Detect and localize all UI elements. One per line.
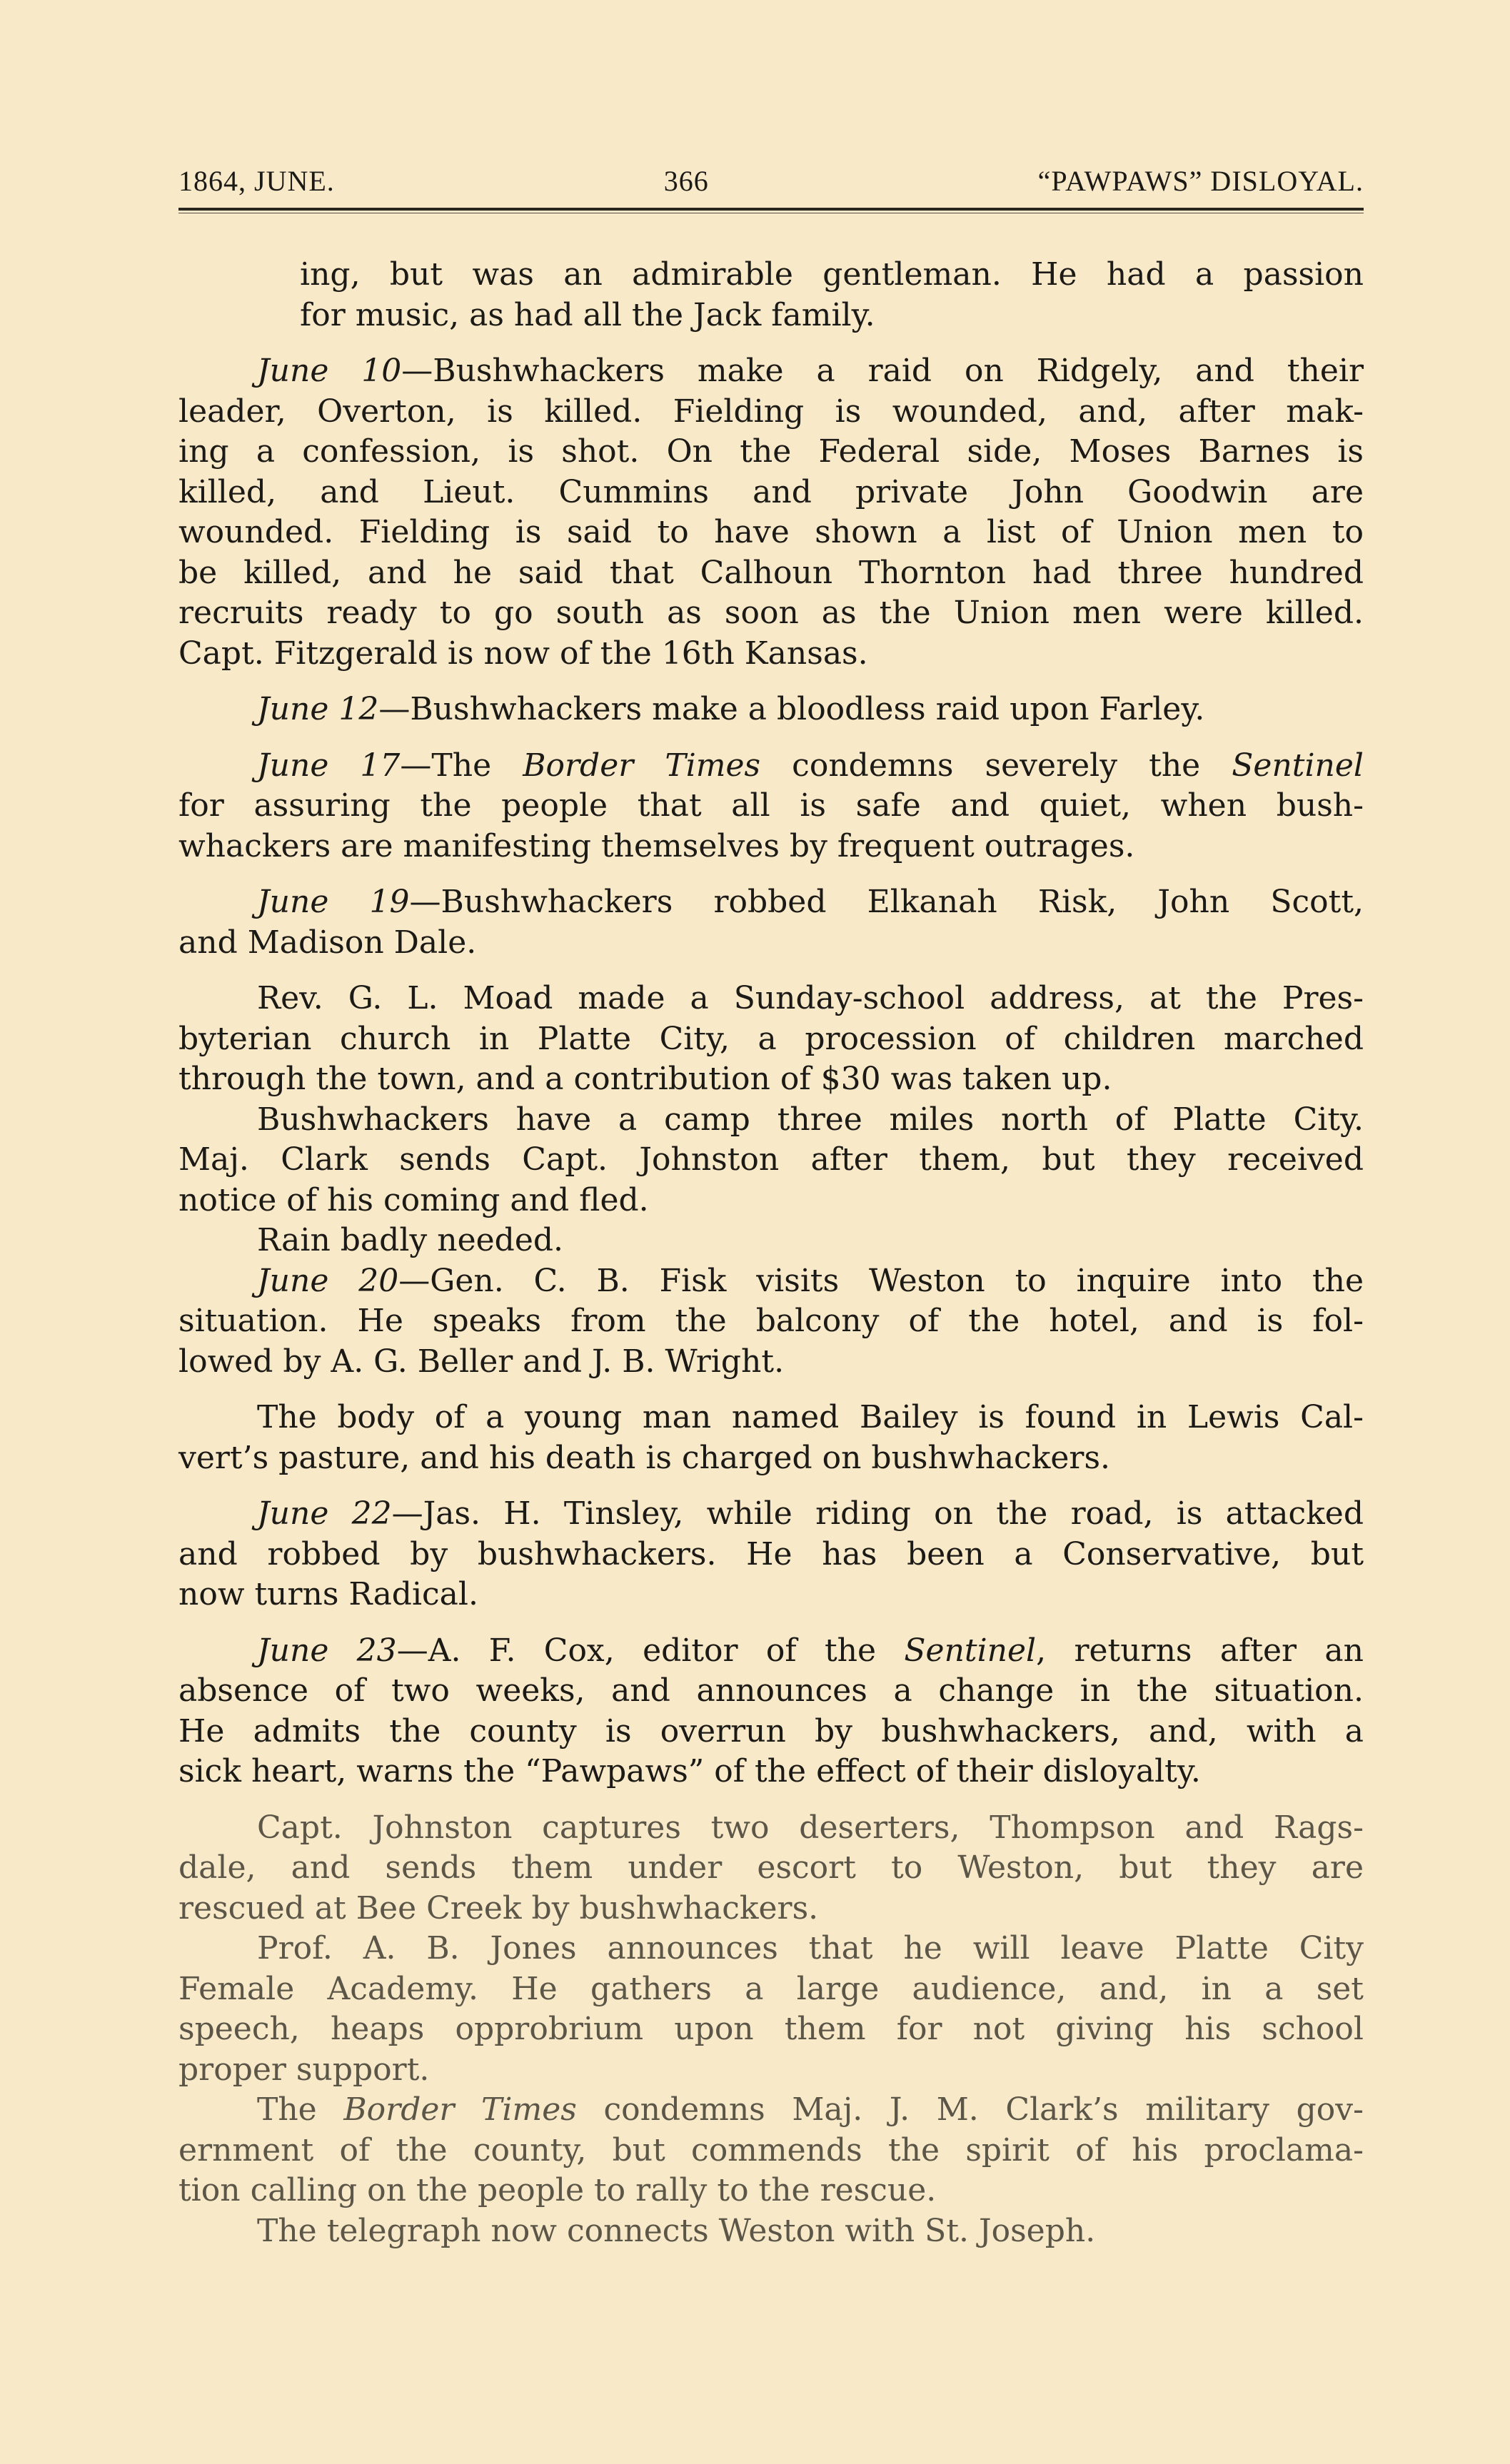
paragraph-gap: [178, 335, 1364, 351]
header-rule: [178, 208, 1364, 211]
header-title: “PAWPAWS” DISLOYAL.: [1038, 164, 1364, 198]
text-line: through the town, and a contribution of …: [178, 1059, 1364, 1100]
paragraph-gap: [178, 1792, 1364, 1808]
text-line: byterian church in Platte City, a proces…: [178, 1019, 1364, 1060]
text-line: The body of a young man named Bailey is …: [178, 1398, 1364, 1438]
text-line: June 19—Bushwhackers robbed Elkanah Risk…: [178, 882, 1364, 923]
running-head: 1864, JUNE. 366 “PAWPAWS” DISLOYAL.: [178, 164, 1364, 208]
text-line: The Border Times condemns Maj. J. M. Cla…: [178, 2090, 1364, 2131]
text-line: now turns Radical.: [178, 1575, 1364, 1615]
text-line: Maj. Clark sends Capt. Johnston after th…: [178, 1140, 1364, 1181]
entry-date: June 20: [257, 1263, 398, 1299]
paragraph-gap: [178, 1615, 1364, 1631]
dated-entry: June 22—Jas. H. Tinsley, while riding on…: [178, 1494, 1364, 1615]
paragraph-gap: [178, 730, 1364, 746]
text-line: June 22—Jas. H. Tinsley, while riding on…: [178, 1494, 1364, 1535]
text-line: killed, and Lieut. Cummins and private J…: [178, 473, 1364, 513]
text-line: June 12—Bushwhackers make a bloodless ra…: [178, 690, 1364, 730]
text-line: Capt. Johnston captures two deserters, T…: [178, 1808, 1364, 1849]
paragraph: Rain badly needed.: [178, 1221, 1364, 1261]
dated-entry: June 23—A. F. Cox, editor of the Sentine…: [178, 1631, 1364, 1792]
text-line: vert’s pasture, and his death is charged…: [178, 1438, 1364, 1479]
entry-date: June 19: [257, 884, 410, 920]
paragraph-gap: [178, 1382, 1364, 1398]
text-line: for assuring the people that all is safe…: [178, 786, 1364, 827]
text-line: sick heart, warns the “Pawpaws” of the e…: [178, 1752, 1364, 1792]
dated-entry: June 12—Bushwhackers make a bloodless ra…: [178, 690, 1364, 730]
page-body: ing, but was an admirable gentleman. He …: [178, 255, 1364, 2251]
text-line: Female Academy. He gathers a large audie…: [178, 1969, 1364, 2010]
text-line: wounded. Fielding is said to have shown …: [178, 513, 1364, 553]
book-page: 1864, JUNE. 366 “PAWPAWS” DISLOYAL. ing,…: [178, 164, 1364, 2251]
paragraph: Rev. G. L. Moad made a Sunday-school add…: [178, 979, 1364, 1100]
text-line: proper support.: [178, 2050, 1364, 2091]
text-line: absence of two weeks, and announces a ch…: [178, 1671, 1364, 1712]
header-date: 1864, JUNE.: [178, 164, 335, 198]
text-line: June 17—The Border Times condemns severe…: [178, 746, 1364, 787]
dated-entry: June 10—Bushwhackers make a raid on Ridg…: [178, 351, 1364, 674]
paragraph: Bushwhackers have a camp three miles nor…: [178, 1100, 1364, 1221]
text-line: June 10—Bushwhackers make a raid on Ridg…: [178, 351, 1364, 392]
paragraph: Capt. Johnston captures two deserters, T…: [178, 1808, 1364, 1929]
dated-entry: June 20—Gen. C. B. Fisk visits Weston to…: [178, 1261, 1364, 1383]
entry-date: June 17: [257, 747, 400, 784]
text-line: Bushwhackers have a camp three miles nor…: [178, 1100, 1364, 1141]
page-number: 366: [664, 164, 709, 198]
text-line: speech, heaps opprobrium upon them for n…: [178, 2009, 1364, 2050]
text-line: He admits the county is overrun by bushw…: [178, 1712, 1364, 1752]
text-line: notice of his coming and fled.: [178, 1181, 1364, 1221]
text-line: The telegraph now connects Weston with S…: [178, 2211, 1364, 2252]
text-line: rescued at Bee Creek by bushwhackers.: [178, 1889, 1364, 1929]
text-line: Prof. A. B. Jones announces that he will…: [178, 1929, 1364, 1969]
text-line: lowed by A. G. Beller and J. B. Wright.: [178, 1342, 1364, 1383]
text-line: whackers are manifesting themselves by f…: [178, 827, 1364, 867]
header-rule-thin: [178, 213, 1364, 213]
text-line: June 20—Gen. C. B. Fisk visits Weston to…: [178, 1261, 1364, 1302]
text-line: dale, and sends them under escort to Wes…: [178, 1848, 1364, 1889]
text-line: Capt. Fitzgerald is now of the 16th Kans…: [178, 634, 1364, 675]
paragraph: Prof. A. B. Jones announces that he will…: [178, 1929, 1364, 2090]
text-line: and Madison Dale.: [178, 923, 1364, 964]
paragraph-gap: [178, 867, 1364, 882]
dated-entry: June 19—Bushwhackers robbed Elkanah Risk…: [178, 882, 1364, 963]
dated-entry: June 17—The Border Times condemns severe…: [178, 746, 1364, 867]
paragraph-gap: [178, 1478, 1364, 1494]
entry-date: June 23: [257, 1632, 397, 1669]
text-line: Rain badly needed.: [178, 1221, 1364, 1261]
entry-date: June 12: [257, 691, 378, 727]
text-line: and robbed by bushwhackers. He has been …: [178, 1535, 1364, 1575]
text-line: ing, but was an admirable gentleman. He …: [178, 255, 1364, 296]
paragraph-gap: [178, 963, 1364, 979]
text-line: tion calling on the people to rally to t…: [178, 2171, 1364, 2211]
text-line: leader, Overton, is killed. Fielding is …: [178, 392, 1364, 433]
text-line: recruits ready to go south as soon as th…: [178, 593, 1364, 634]
text-line: ernment of the county, but commends the …: [178, 2131, 1364, 2171]
text-line: June 23—A. F. Cox, editor of the Sentine…: [178, 1631, 1364, 1672]
text-line: be killed, and he said that Calhoun Thor…: [178, 553, 1364, 594]
text-line: Rev. G. L. Moad made a Sunday-school add…: [178, 979, 1364, 1019]
paragraph: The Border Times condemns Maj. J. M. Cla…: [178, 2090, 1364, 2211]
text-line: situation. He speaks from the balcony of…: [178, 1301, 1364, 1342]
paragraph: ing, but was an admirable gentleman. He …: [178, 255, 1364, 335]
text-line: for music, as had all the Jack family.: [178, 296, 1364, 336]
entry-date: June 22: [257, 1495, 392, 1532]
text-line: ing a confession, is shot. On the Federa…: [178, 432, 1364, 473]
paragraph: The telegraph now connects Weston with S…: [178, 2211, 1364, 2252]
entry-date: June 10: [257, 353, 401, 389]
paragraph: The body of a young man named Bailey is …: [178, 1398, 1364, 1478]
paragraph-gap: [178, 674, 1364, 690]
